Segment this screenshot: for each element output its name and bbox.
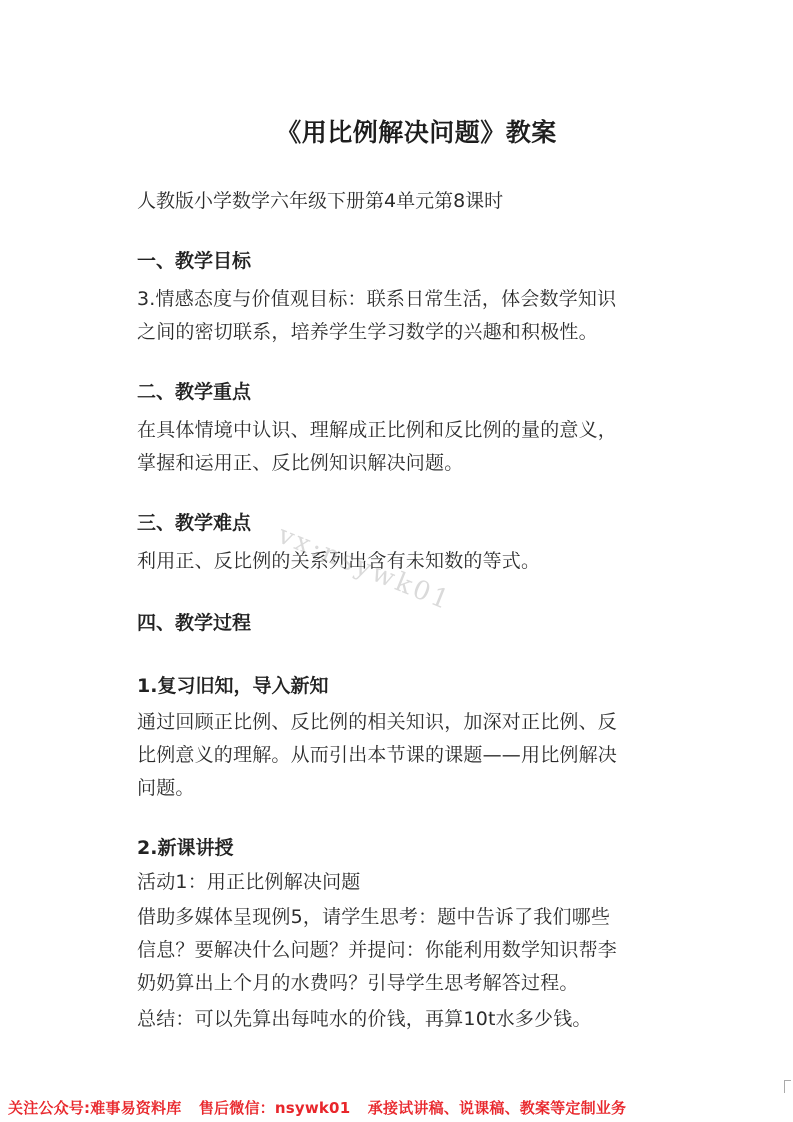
page-corner-mark xyxy=(784,1080,791,1093)
footer-wechat-account: 关注公众号:难事易资料库 xyxy=(8,1099,181,1117)
paragraph-line: 奶奶算出上个月的水费吗？引导学生思考解答过程。 xyxy=(137,967,727,1000)
paragraph-line: 信息？要解决什么问题？并提问：你能利用数学知识帮李 xyxy=(137,934,727,967)
subsection-new-lesson: 2.新课讲授 活动1：用正比例解决问题 借助多媒体呈现例5，请学生思考：题中告诉… xyxy=(137,834,727,1036)
section-teaching-process: 四、教学过程 xyxy=(137,609,727,637)
section-heading: 一、教学目标 xyxy=(137,247,727,275)
footer-custom-service: 承接试讲稿、说课稿、教案等定制业务 xyxy=(368,1099,626,1117)
subsection-heading: 1.复习旧知，导入新知 xyxy=(137,672,727,700)
footer-banner: 关注公众号:难事易资料库 售后微信：nsywk01 承接试讲稿、说课稿、教案等定… xyxy=(0,1097,793,1122)
section-teaching-difficulty: 三、教学难点 利用正、反比例的关系列出含有未知数的等式。 xyxy=(137,509,727,578)
document-title: 《用比例解决问题》教案 xyxy=(0,113,793,149)
activity-heading: 活动1：用正比例解决问题 xyxy=(137,866,727,899)
paragraph-line: 掌握和运用正、反比例知识解决问题。 xyxy=(137,447,727,480)
document-page: 《用比例解决问题》教案 人教版小学数学六年级下册第4单元第8课时 一、教学目标 … xyxy=(0,0,793,1122)
paragraph-line: 问题。 xyxy=(137,772,727,805)
subsection-heading: 2.新课讲授 xyxy=(137,834,727,862)
paragraph-line: 在具体情境中认识、理解成正比例和反比例的量的意义， xyxy=(137,414,727,447)
section-teaching-goals: 一、教学目标 3.情感态度与价值观目标：联系日常生活，体会数学知识 之间的密切联… xyxy=(137,247,727,349)
paragraph-line: 通过回顾正比例、反比例的相关知识，加深对正比例、反 xyxy=(137,706,727,739)
summary-line: 总结：可以先算出每吨水的价钱，再算10t水多少钱。 xyxy=(137,1003,727,1036)
paragraph-line: 3.情感态度与价值观目标：联系日常生活，体会数学知识 xyxy=(137,283,727,316)
footer-after-sales: 售后微信：nsywk01 xyxy=(199,1099,351,1117)
paragraph-line: 之间的密切联系，培养学生学习数学的兴趣和积极性。 xyxy=(137,316,727,349)
paragraph-line: 比例意义的理解。从而引出本节课的课题——用比例解决 xyxy=(137,739,727,772)
paragraph-line: 利用正、反比例的关系列出含有未知数的等式。 xyxy=(137,545,727,578)
document-subtitle: 人教版小学数学六年级下册第4单元第8课时 xyxy=(137,186,503,213)
section-teaching-focus: 二、教学重点 在具体情境中认识、理解成正比例和反比例的量的意义， 掌握和运用正、… xyxy=(137,378,727,480)
subsection-review: 1.复习旧知，导入新知 通过回顾正比例、反比例的相关知识，加深对正比例、反 比例… xyxy=(137,672,727,805)
section-heading: 三、教学难点 xyxy=(137,509,727,537)
paragraph-line: 借助多媒体呈现例5，请学生思考：题中告诉了我们哪些 xyxy=(137,901,727,934)
section-heading: 二、教学重点 xyxy=(137,378,727,406)
section-heading: 四、教学过程 xyxy=(137,609,727,637)
